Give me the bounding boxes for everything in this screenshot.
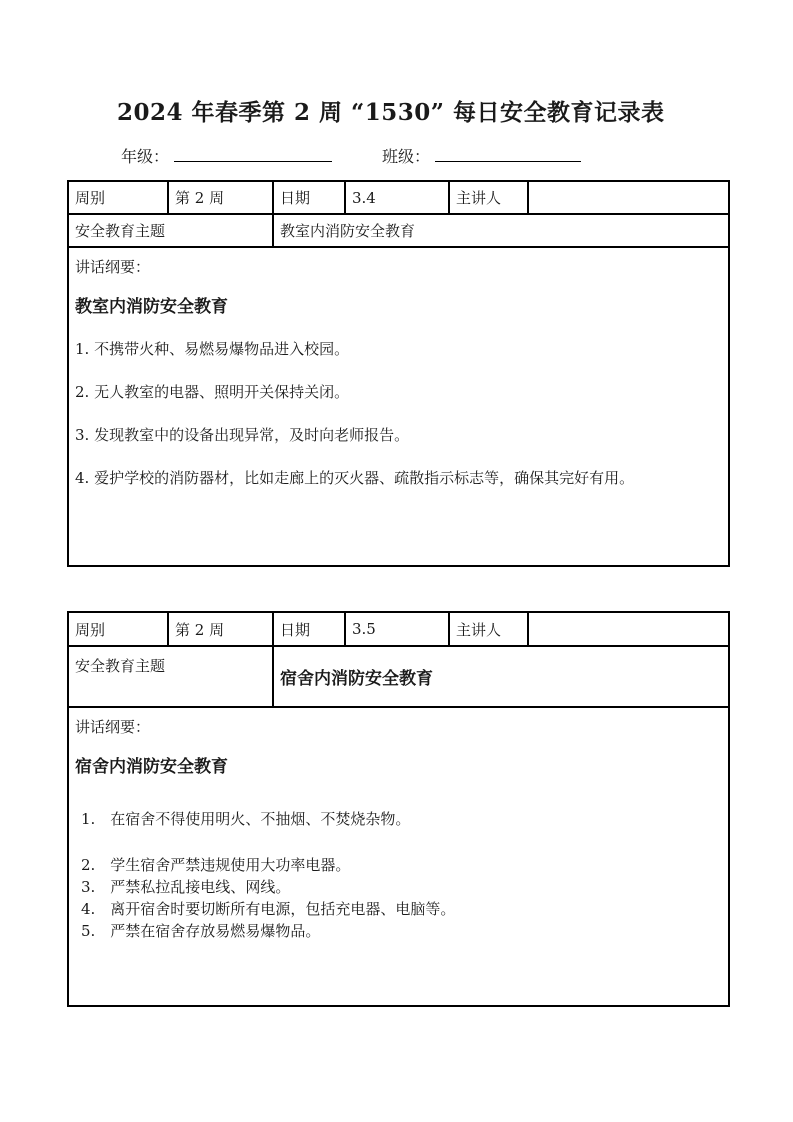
list-item: 2. 学生宿舍严禁违规使用大功率电器。 bbox=[75, 854, 722, 876]
outline-content-cell: 讲话纲要： 教室内消防安全教育 1. 不携带火种、易燃易爆物品进入校园。 2. … bbox=[68, 247, 729, 566]
document-page: 2024 年春季第 2 周 “1530” 每日安全教育记录表 年级：班级： 周别… bbox=[0, 0, 793, 1122]
grade-class-line: 年级：班级： bbox=[121, 144, 581, 167]
week-label-cell: 周别 bbox=[68, 181, 168, 214]
outline-label: 讲话纲要： bbox=[75, 716, 722, 737]
outline-heading: 教室内消防安全教育 bbox=[75, 292, 722, 317]
speaker-value-cell bbox=[528, 181, 729, 214]
table-row: 安全教育主题 宿舍内消防安全教育 bbox=[68, 646, 729, 707]
table-row: 周别 第 2 周 日期 3.4 主讲人 bbox=[68, 181, 729, 214]
speaker-value-cell bbox=[528, 612, 729, 646]
list-item: 4. 离开宿舍时要切断所有电源，包括充电器、电脑等。 bbox=[75, 898, 722, 920]
list-item: 5. 严禁在宿舍存放易燃易爆物品。 bbox=[75, 920, 722, 942]
week-value-cell: 第 2 周 bbox=[168, 612, 273, 646]
list-item: 3. 严禁私拉乱接电线、网线。 bbox=[75, 876, 722, 898]
date-value-cell: 3.4 bbox=[345, 181, 449, 214]
list-item: 1. 不携带火种、易燃易爆物品进入校园。 bbox=[75, 339, 722, 360]
list-item: 1. 在宿舍不得使用明火、不抽烟、不焚烧杂物。 bbox=[75, 808, 722, 830]
week-value-cell: 第 2 周 bbox=[168, 181, 273, 214]
list-item: 4. 爱护学校的消防器材，比如走廊上的灭火器、疏散指示标志等，确保其完好有用。 bbox=[75, 468, 722, 489]
outline-heading: 宿舍内消防安全教育 bbox=[75, 752, 722, 777]
safety-record-table-2: 周别 第 2 周 日期 3.5 主讲人 安全教育主题 宿舍内消防安全教育 讲话纲… bbox=[67, 611, 730, 1007]
topic-value-cell: 教室内消防安全教育 bbox=[273, 214, 729, 247]
document-title: 2024 年春季第 2 周 “1530” 每日安全教育记录表 bbox=[117, 94, 665, 127]
date-value-cell: 3.5 bbox=[345, 612, 449, 646]
speaker-label-cell: 主讲人 bbox=[449, 612, 528, 646]
date-label-cell: 日期 bbox=[273, 612, 345, 646]
table-row: 周别 第 2 周 日期 3.5 主讲人 bbox=[68, 612, 729, 646]
list-item: 3. 发现教室中的设备出现异常，及时向老师报告。 bbox=[75, 425, 722, 446]
topic-value-cell: 宿舍内消防安全教育 bbox=[273, 646, 729, 707]
topic-label-cell: 安全教育主题 bbox=[68, 214, 273, 247]
grade-label: 年级： bbox=[121, 147, 169, 166]
class-label: 班级： bbox=[382, 147, 430, 166]
list-item: 2. 无人教室的电器、照明开关保持关闭。 bbox=[75, 382, 722, 403]
grade-blank-field bbox=[174, 146, 332, 162]
table-row: 安全教育主题 教室内消防安全教育 bbox=[68, 214, 729, 247]
week-label-cell: 周别 bbox=[68, 612, 168, 646]
outline-content-cell: 讲话纲要： 宿舍内消防安全教育 1. 在宿舍不得使用明火、不抽烟、不焚烧杂物。 … bbox=[68, 707, 729, 1006]
table-row: 讲话纲要： 教室内消防安全教育 1. 不携带火种、易燃易爆物品进入校园。 2. … bbox=[68, 247, 729, 566]
class-blank-field bbox=[435, 146, 581, 162]
topic-label-cell: 安全教育主题 bbox=[68, 646, 273, 707]
table-row: 讲话纲要： 宿舍内消防安全教育 1. 在宿舍不得使用明火、不抽烟、不焚烧杂物。 … bbox=[68, 707, 729, 1006]
speaker-label-cell: 主讲人 bbox=[449, 181, 528, 214]
date-label-cell: 日期 bbox=[273, 181, 345, 214]
outline-label: 讲话纲要： bbox=[75, 256, 722, 277]
safety-record-table-1: 周别 第 2 周 日期 3.4 主讲人 安全教育主题 教室内消防安全教育 讲话纲… bbox=[67, 180, 730, 567]
